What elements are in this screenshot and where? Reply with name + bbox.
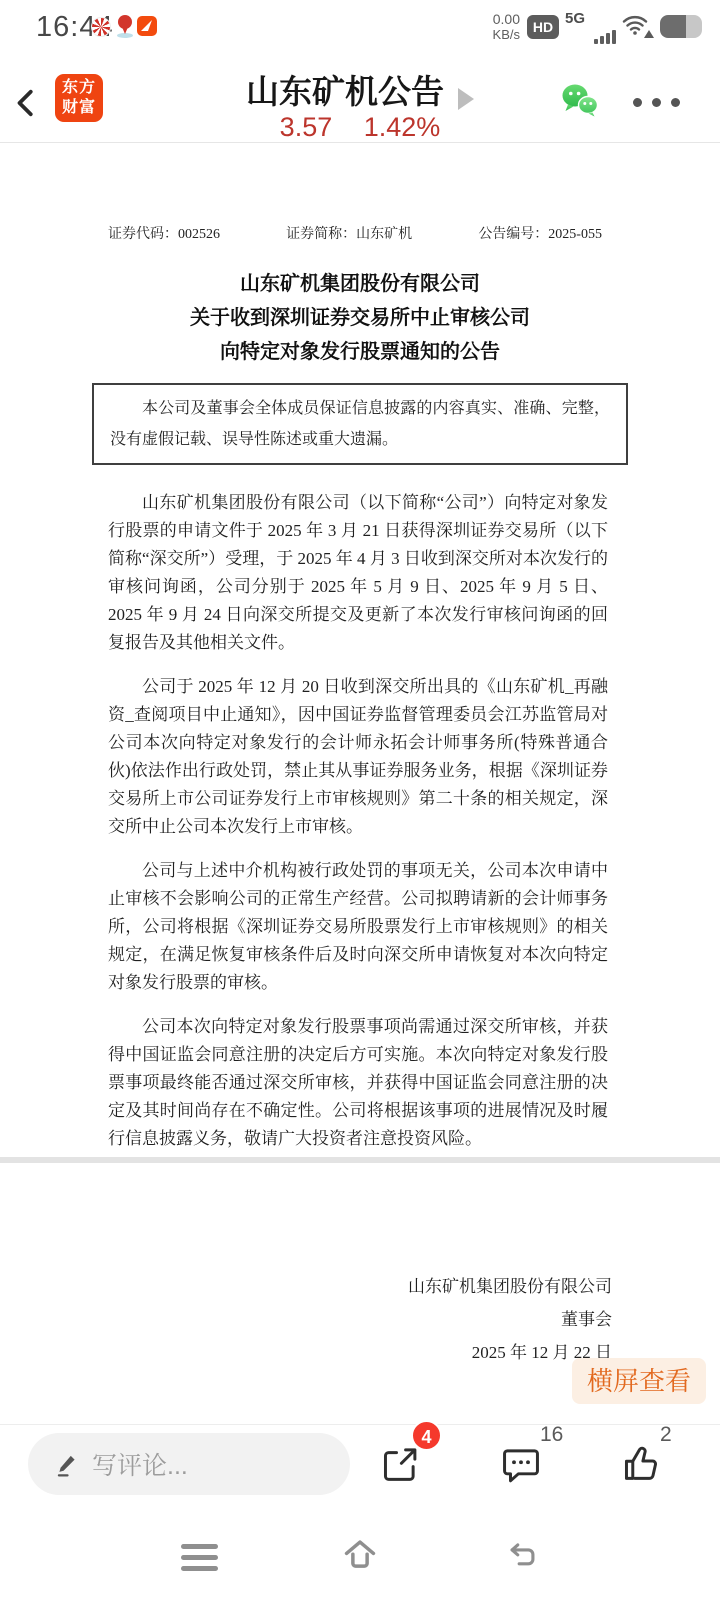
map-pin-notification-icon <box>118 15 132 29</box>
status-bar: 16:44 0.00 KB/s HD 5G <box>0 0 720 56</box>
signal-bars-icon <box>594 28 616 44</box>
landscape-view-button[interactable]: 横屏查看 <box>572 1358 706 1404</box>
announcement-page: 16:44 0.00 KB/s HD 5G <box>0 0 720 1600</box>
hd-badge: HD <box>527 15 559 39</box>
like-button[interactable] <box>620 1443 662 1485</box>
home-button[interactable] <box>340 1536 380 1579</box>
stock-change-percent: 1.42% <box>364 112 441 142</box>
paragraph-4: 公司本次向特定对象发行股票事项尚需通过深交所审核，并获得中国证监会同意注册的决定… <box>108 1013 608 1153</box>
wechat-share-button[interactable] <box>561 82 599 118</box>
petrochina-notification-icon <box>91 17 111 37</box>
document-title: 山东矿机集团股份有限公司 关于收到深圳证券交易所中止审核公司 向特定对象发行股票… <box>0 267 720 369</box>
back-nav-button[interactable] <box>504 1540 540 1579</box>
recent-apps-button[interactable] <box>181 1544 218 1571</box>
section-divider <box>0 1157 720 1163</box>
paragraph-2: 公司于 2025 年 12 月 20 日收到深交所出具的《山东矿机_再融资_查阅… <box>108 673 608 841</box>
comments-button[interactable] <box>500 1443 542 1485</box>
announcement-number: 公告编号：2025-055 <box>478 223 602 243</box>
document-meta-row: 证券代码：002526 证券简称：山东矿机 公告编号：2025-055 <box>108 223 602 243</box>
security-name: 证券简称：山东矿机 <box>286 223 412 243</box>
share-badge: 4 <box>411 1420 442 1451</box>
signature-company: 山东矿机集团股份有限公司 <box>408 1270 612 1303</box>
paragraph-1: 山东矿机集团股份有限公司（以下简称“公司”）向特定对象发行股票的申请文件于 20… <box>108 489 608 657</box>
comment-input[interactable]: 写评论... <box>28 1433 350 1495</box>
pencil-icon <box>54 1451 80 1477</box>
battery-icon <box>660 15 702 38</box>
disclaimer-box: 本公司及董事会全体成员保证信息披露的内容真实、准确、完整，没有虚假记载、误导性陈… <box>92 383 628 465</box>
share-button[interactable] <box>379 1443 421 1485</box>
signature-board: 董事会 <box>408 1303 612 1336</box>
comment-bar: 写评论... 4 16 2 <box>0 1424 720 1502</box>
network-type-label: 5G <box>565 10 585 27</box>
page-title: 山东矿机公告 <box>246 66 444 113</box>
stock-price: 3.57 <box>280 112 333 142</box>
paragraph-3: 公司与上述中介机构被行政处罚的事项无关，公司本次申请中止审核不会影响公司的正常生… <box>108 857 608 997</box>
comment-placeholder: 写评论... <box>92 1446 188 1482</box>
more-menu-button[interactable] <box>633 98 680 107</box>
comment-count: 16 <box>540 1423 563 1447</box>
play-audio-button[interactable] <box>458 88 474 110</box>
like-count: 2 <box>660 1423 672 1447</box>
announcement-document: 证券代码：002526 证券简称：山东矿机 公告编号：2025-055 山东矿机… <box>0 143 720 1157</box>
security-code: 证券代码：002526 <box>108 223 220 243</box>
network-speed: 0.00 KB/s <box>493 12 520 42</box>
system-nav-bar <box>0 1502 720 1600</box>
app-header: 东方 财富 山东矿机公告 3.57 1.42% <box>0 56 720 143</box>
app-notification-icon <box>137 16 157 36</box>
signature-block: 山东矿机集团股份有限公司 董事会 2025 年 12 月 22 日 <box>408 1270 612 1369</box>
stock-quote[interactable]: 3.57 1.42% <box>0 112 720 143</box>
wifi-indicator-icon <box>644 30 654 38</box>
